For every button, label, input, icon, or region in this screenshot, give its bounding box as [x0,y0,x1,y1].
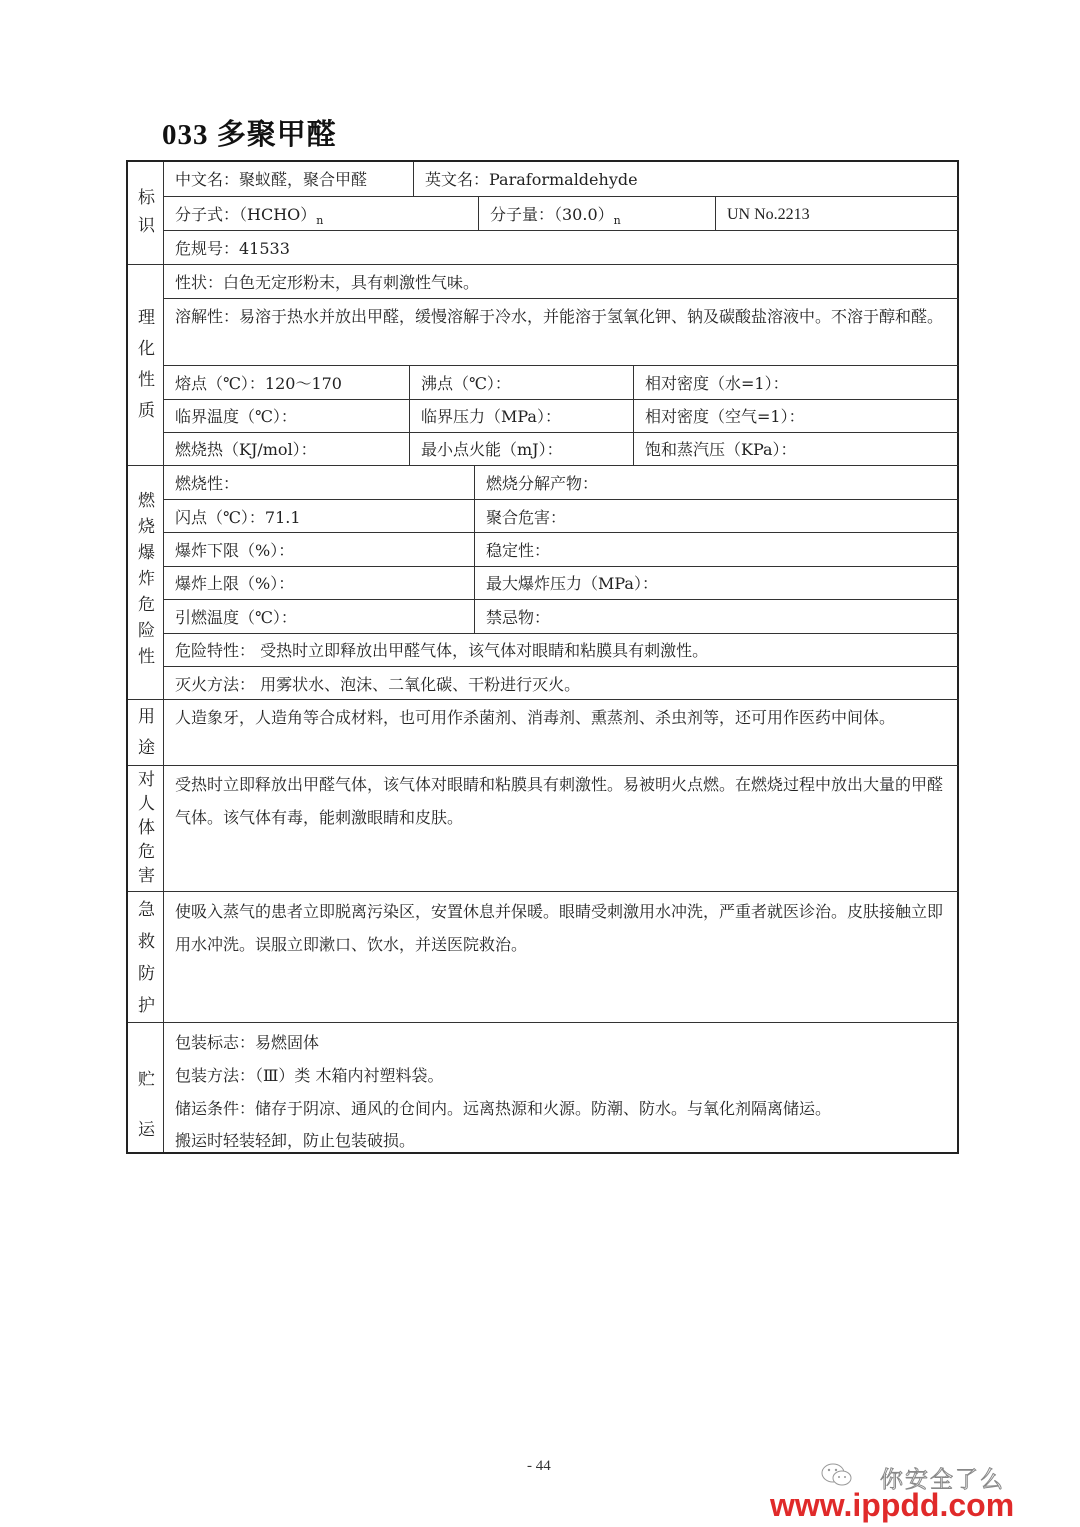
label-char: 危 [128,592,165,618]
cell-divider [715,196,716,230]
stability: 稳定性： [476,534,550,567]
row-divider [163,196,959,197]
section-divider [128,465,959,466]
section-label-fire: 燃 烧 爆 炸 危 险 性 [128,466,165,700]
chinese-name: 中文名：聚蚁醛，聚合甲醛 [165,163,415,196]
storage-conditions: 储运条件：储存于阴凉、通风的仓间内。远离热源和火源。防潮、防水。与氧化剂隔离储运… [165,1092,831,1125]
label-char: 性 [128,365,165,396]
section-divider [128,699,959,700]
label-char: 体 [128,816,165,840]
molecular-weight: 分子量：（30.0）n [480,198,621,237]
row-divider [163,499,959,500]
cell-divider [413,162,414,196]
cell-divider [474,465,475,633]
row-divider [163,230,959,231]
row-divider [163,365,959,366]
label-char: 人 [128,792,165,816]
section-label-usage: 用 途 [128,700,165,766]
label-char: 化 [128,334,165,365]
hazard-characteristics: 危险特性： 受热时立即释放出甲醛气体，该气体对眼睛和粘膜具有刺激性。 [165,634,708,667]
incompatible-materials: 禁忌物： [476,601,550,634]
row-divider [163,298,959,299]
label-char: 性 [128,644,165,670]
label-char: 识 [128,212,165,240]
weight-text: 分子量：（30.0） [490,205,614,224]
heat-of-combustion: 燃烧热（KJ/mol）： [165,433,317,466]
section-divider [128,891,959,892]
label-char: 燃 [128,488,165,514]
autoignition-temperature: 引燃温度（℃）： [165,601,297,634]
wechat-icon [820,1462,854,1488]
un-number: UN No.2213 [717,198,810,231]
formula-subscript: n [316,214,323,227]
label-char: 急 [128,894,165,926]
english-name: 英文名：Paraformaldehyde [415,163,638,196]
max-explosion-pressure: 最大爆炸压力（MPa）： [476,567,658,600]
relative-density-water: 相对密度（水=1）： [635,367,789,400]
usage-text: 人造象牙，人造角等合成材料，也可用作杀菌剂、消毒剂、熏蒸剂、杀虫剂等，还可用作医… [165,701,955,734]
package-method: 包装方法：（Ⅲ）类 木箱内衬塑料袋。 [165,1059,444,1092]
polymerization-hazard: 聚合危害： [476,501,566,534]
row-divider [163,532,959,533]
section-label-physchem: 理 化 性 质 [128,265,165,465]
label-char: 用 [128,702,165,733]
section-label-health: 对 人 体 危 害 [128,766,165,892]
section-divider [128,1022,959,1023]
label-char: 标 [128,184,165,212]
cell-divider [633,365,634,465]
cell-divider [409,365,410,465]
cell-divider [478,196,479,230]
label-char: 运 [128,1105,165,1155]
label-char: 质 [128,396,165,427]
label-char: 爆 [128,540,165,566]
label-char: 护 [128,990,165,1022]
row-divider [163,599,959,600]
critical-pressure: 临界压力（MPa）： [411,400,561,433]
solubility: 溶解性：易溶于热水并放出甲醛，缓慢溶解于冷水，并能溶于氢氧化钾、钠及碳酸盐溶液中… [165,300,955,333]
section-label-firstaid: 急 救 防 护 [128,892,165,1023]
section-divider [128,765,959,766]
critical-temperature: 临界温度（℃）： [165,400,297,433]
flash-point: 闪点（℃）：71.1 [165,501,301,534]
section-divider [128,264,959,265]
health-hazard-text: 受热时立即释放出甲醛气体，该气体对眼睛和粘膜具有刺激性。易被明火点燃。在燃烧过程… [165,768,955,834]
boiling-point: 沸点（℃）： [411,367,511,400]
relative-density-air: 相对密度（空气=1）： [635,400,805,433]
section-label-storage: 贮 运 [128,1023,165,1153]
extinguishing-method: 灭火方法： 用雾状水、泡沫、二氧化碳、干粉进行灭火。 [165,668,580,701]
label-char: 炸 [128,566,165,592]
package-label: 包装标志：易燃固体 [165,1026,319,1059]
label-char: 险 [128,618,165,644]
upper-explosive-limit: 爆炸上限（%）： [165,567,294,600]
label-char: 危 [128,840,165,864]
hazard-number: 危规号：41533 [165,232,290,265]
label-char: 防 [128,958,165,990]
handling-note: 搬运时轻装轻卸，防止包装破损。 [165,1124,415,1157]
appearance: 性状：白色无定形粉末，具有刺激性气味。 [165,266,479,299]
label-char: 害 [128,864,165,888]
label-char: 烧 [128,514,165,540]
label-char: 救 [128,926,165,958]
label-char: 途 [128,733,165,764]
page-number: - 44 [527,1458,551,1475]
label-char: 理 [128,303,165,334]
first-aid-text: 使吸入蒸气的患者立即脱离污染区，安置休息并保暖。眼睛受刺激用水冲洗，严重者就医诊… [165,895,955,961]
decomposition-products: 燃烧分解产物： [476,467,598,500]
row-divider [163,666,959,667]
flammability: 燃烧性： [165,467,239,500]
saturated-vapor-pressure: 饱和蒸汽压（KPa）： [635,433,797,466]
section-label-identification: 标 识 [128,162,165,265]
label-char: 贮 [128,1055,165,1105]
msds-table: 标 识 中文名：聚蚁醛，聚合甲醛 英文名：Paraformaldehyde 分子… [126,160,959,1154]
document-title: 033 多聚甲醛 [162,112,337,153]
weight-subscript: n [614,214,621,227]
min-ignition-energy: 最小点火能（mJ）： [411,433,563,466]
label-char: 对 [128,768,165,792]
watermark-url: www.ippdd.com [770,1487,1014,1524]
lower-explosive-limit: 爆炸下限（%）： [165,534,294,567]
melting-point: 熔点（℃）：120～170 [165,367,342,400]
formula-text: 分子式：（HCHO） [175,205,316,224]
